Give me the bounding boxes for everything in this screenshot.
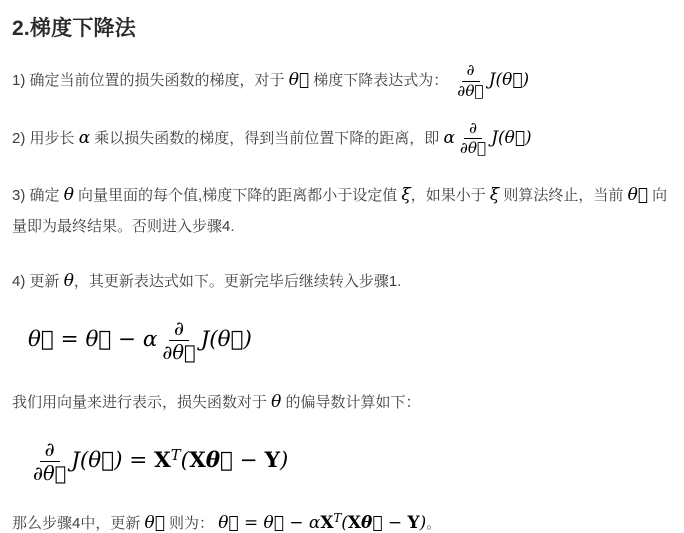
- fraction-numerator: ∂: [462, 62, 480, 81]
- math-run: θ⃗ = θ⃗ − α: [28, 327, 157, 352]
- text-run: 。: [426, 515, 441, 532]
- math-fraction: ∂∂θ⃗: [162, 318, 195, 364]
- text-run: 4) 更新: [12, 273, 64, 290]
- math-run: J(θ⃗) =: [71, 448, 154, 473]
- article-body: 1) 确定当前位置的损失函数的梯度，对于 θ⃗ 梯度下降表达式为： ∂∂θ⃗J(…: [12, 62, 672, 533]
- math-bold-vector-run: θ⃗: [206, 448, 233, 473]
- math-run: θ: [64, 270, 74, 290]
- math-run: ξ: [490, 184, 499, 204]
- text-run: 我们用向量来进行表示，损失函数对于: [12, 394, 271, 411]
- fraction-numerator: ∂: [40, 439, 60, 463]
- heading-title: 梯度下降法: [30, 17, 136, 40]
- section-heading: 2.梯度下降法: [12, 12, 672, 42]
- math-fraction: ∂∂θ⃗: [457, 62, 483, 99]
- math-bold-vector-run: θ⃗: [361, 512, 382, 532]
- math-bold-run: X: [320, 512, 333, 532]
- fraction-denominator: ∂θ⃗: [162, 341, 195, 364]
- text-run: 那么步骤4中，更新: [12, 515, 145, 532]
- math-run: (: [341, 512, 348, 532]
- heading-number: 2.: [12, 17, 30, 40]
- math-bold-run: X: [154, 448, 171, 473]
- math-run: J(θ⃗): [489, 69, 529, 89]
- math-bold-run: X: [348, 512, 361, 532]
- step-2-paragraph: 2) 用步长 α 乘以损失函数的梯度，得到当前位置下降的距离，即 α∂∂θ⃗J(…: [12, 120, 672, 158]
- math-fraction: ∂∂θ⃗: [460, 120, 486, 157]
- math-fraction: ∂∂θ⃗: [33, 439, 66, 485]
- math-run: α: [443, 127, 454, 147]
- math-run: θ⃗: [145, 512, 165, 532]
- math-run: J(θ⃗): [201, 327, 252, 352]
- fraction-denominator: ∂θ⃗: [457, 82, 483, 100]
- math-run: θ: [271, 391, 281, 411]
- text-run: ，如果小于: [411, 187, 490, 204]
- math-run: θ⃗: [289, 69, 309, 89]
- math-run: θ⃗ = θ⃗ − α: [218, 512, 320, 532]
- text-run: 的偏导数计算如下：: [281, 394, 420, 411]
- text-run: 乘以损失函数的梯度，得到当前位置下降的距离，即: [90, 130, 443, 147]
- text-run: 则算法终止，当前: [499, 187, 627, 204]
- theta-update-formula: θ⃗ = θ⃗ − α∂∂θ⃗J(θ⃗): [28, 318, 672, 364]
- fraction-denominator: ∂θ⃗: [460, 139, 486, 157]
- text-run: 向量里面的每个值,梯度下降的距离都小于设定值: [74, 187, 402, 204]
- text-run: 则为：: [165, 515, 218, 532]
- partial-derivative-formula: ∂∂θ⃗J(θ⃗) = XT(Xθ⃗ − Y): [28, 439, 672, 485]
- math-run: J(θ⃗): [491, 127, 531, 147]
- step-4-paragraph: 4) 更新 θ，其更新表达式如下。更新完毕后继续转入步骤1.: [12, 263, 672, 298]
- vector-representation-intro: 我们用向量来进行表示，损失函数对于 θ 的偏导数计算如下：: [12, 384, 672, 419]
- math-run: ξ: [401, 184, 410, 204]
- fraction-numerator: ∂: [464, 120, 482, 139]
- math-run: α: [79, 127, 90, 147]
- step-1-paragraph: 1) 确定当前位置的损失函数的梯度，对于 θ⃗ 梯度下降表达式为： ∂∂θ⃗J(…: [12, 62, 672, 100]
- text-run: 2) 用步长: [12, 130, 79, 147]
- step-4-final-update-paragraph: 那么步骤4中，更新 θ⃗ 则为： θ⃗ = θ⃗ − αXT(Xθ⃗ − Y)。: [12, 505, 672, 533]
- text-run: ，其更新表达式如下。更新完毕后继续转入步骤1.: [74, 273, 402, 290]
- math-bold-run: Y: [265, 448, 280, 473]
- text-run: 3) 确定: [12, 187, 64, 204]
- math-run: (: [181, 448, 189, 473]
- math-bold-run: X: [189, 448, 206, 473]
- math-run: −: [383, 512, 408, 532]
- math-run: ): [280, 448, 288, 473]
- step-3-paragraph: 3) 确定 θ 向量里面的每个值,梯度下降的距离都小于设定值 ξ，如果小于 ξ …: [12, 177, 672, 243]
- fraction-denominator: ∂θ⃗: [33, 462, 66, 485]
- math-superscript-run: T: [171, 447, 181, 464]
- text-run: 梯度下降表达式为：: [309, 72, 452, 89]
- article-page: 2.梯度下降法 1) 确定当前位置的损失函数的梯度，对于 θ⃗ 梯度下降表达式为…: [0, 0, 684, 533]
- fraction-numerator: ∂: [169, 318, 189, 342]
- math-run: −: [233, 448, 265, 473]
- math-run: θ⃗: [628, 184, 648, 204]
- text-run: 1) 确定当前位置的损失函数的梯度，对于: [12, 72, 289, 89]
- math-run: θ: [64, 184, 74, 204]
- math-bold-run: Y: [407, 512, 419, 532]
